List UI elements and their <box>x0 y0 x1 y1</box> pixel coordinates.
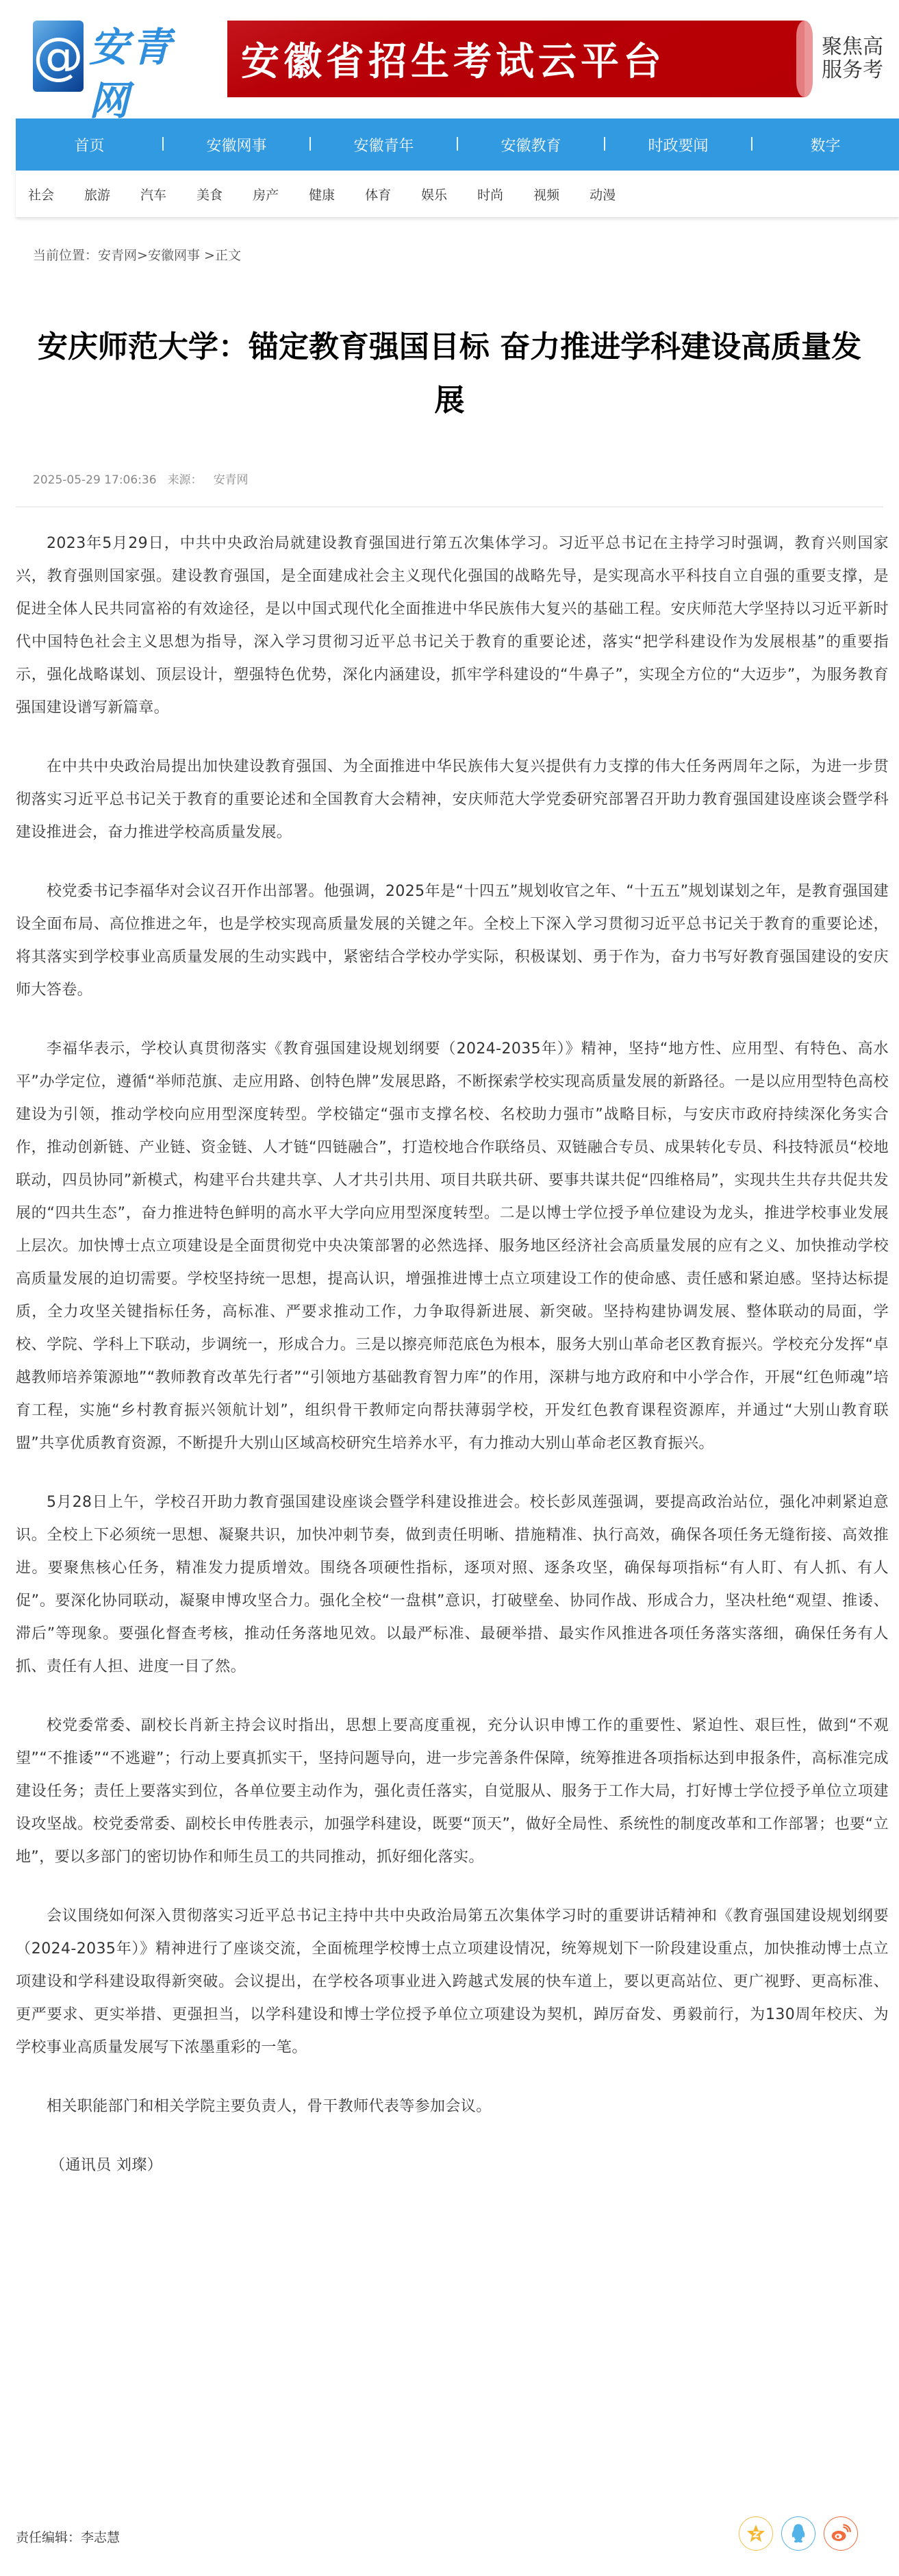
sub-nav-sports[interactable]: 体育 <box>365 185 391 203</box>
article-paragraph: 在中共中央政治局提出加快建设教育强国、为全面推进中华民族伟大复兴提供有力支撑的伟… <box>16 751 889 849</box>
sub-nav-realestate[interactable]: 房产 <box>253 185 279 203</box>
banner-side-text: 聚焦高 服务考 <box>822 36 883 82</box>
article-paragraph: 2023年5月29日，中共中央政治局就建设教育强国进行第五次集体学习。习近平总书… <box>16 527 889 725</box>
article-body: 2023年5月29日，中共中央政治局就建设教育强国进行第五次集体学习。习近平总书… <box>16 527 889 2208</box>
article-paragraph: 李福华表示，学校认真贯彻落实《教育强国建设规划纲要（2024-2035年）》精神… <box>16 1033 889 1460</box>
nav-item-politics[interactable]: 时政要闻 <box>605 134 752 155</box>
breadcrumb-label: 当前位置： <box>33 248 98 263</box>
qq-penguin-icon <box>789 2523 807 2544</box>
editor-name: 李志慧 <box>81 2530 120 2545</box>
share-qq-button[interactable] <box>781 2516 815 2551</box>
article-signoff: （通讯员 刘璨） <box>16 2149 889 2182</box>
editor-label: 责任编辑： <box>16 2530 81 2545</box>
nav-item-digital[interactable]: 数字 <box>752 134 899 155</box>
sub-nav: 社会 旅游 汽车 美食 房产 健康 体育 娱乐 时尚 视频 动漫 <box>16 171 899 217</box>
qzone-star-icon <box>746 2523 766 2544</box>
article-meta: 2025-05-29 17:06:36来源：安青网 <box>33 470 249 487</box>
sub-nav-video[interactable]: 视频 <box>533 185 559 203</box>
sub-nav-auto[interactable]: 汽车 <box>140 185 166 203</box>
share-weibo-button[interactable] <box>824 2516 858 2551</box>
sub-nav-fashion[interactable]: 时尚 <box>477 185 503 203</box>
nav-item-home[interactable]: 首页 <box>16 134 163 155</box>
article-title: 安庆师范大学：锚定教育强国目标 奋力推进学科建设高质量发展 <box>27 321 872 427</box>
article-datetime: 2025-05-29 17:06:36 <box>33 473 157 487</box>
logo-at-icon: @ <box>33 21 84 92</box>
share-bar <box>739 2516 858 2551</box>
sub-nav-health[interactable]: 健康 <box>309 185 335 203</box>
sub-nav-entertainment[interactable]: 娱乐 <box>421 185 447 203</box>
breadcrumb-separator: > <box>200 248 215 263</box>
sub-nav-anime[interactable]: 动漫 <box>590 185 616 203</box>
article-paragraph: 相关职能部门和相关学院主要负责人，骨干教师代表等参加会议。 <box>16 2090 889 2123</box>
nav-item-anhui-news[interactable]: 安徽网事 <box>163 134 310 155</box>
source-label: 来源： <box>168 473 203 487</box>
banner-red-panel: 安徽省招生考试云平台 <box>227 21 805 97</box>
logo-name: 安青网 <box>89 21 201 127</box>
site-header: @ 安青网 www.ahyouth.com 安徽省招生考试云平台 聚焦高 服务考 <box>0 0 899 116</box>
nav-item-anhui-youth[interactable]: 安徽青年 <box>310 134 457 155</box>
sub-nav-society[interactable]: 社会 <box>28 185 54 203</box>
main-nav: 首页 安徽网事 安徽青年 安徽教育 时政要闻 数字 <box>16 118 899 171</box>
article-paragraph: 5月28日上午，学校召开助力教育强国建设座谈会暨学科建设推进会。校长彭凤莲强调，… <box>16 1486 889 1684</box>
article-paragraph: 会议围绕如何深入贯彻落实习近平总书记主持中共中央政治局第五次集体学习时的重要讲话… <box>16 1900 889 2064</box>
sub-nav-food[interactable]: 美食 <box>197 185 223 203</box>
breadcrumb-separator: > <box>137 248 148 263</box>
weibo-icon <box>831 2524 851 2543</box>
breadcrumb-current: 正文 <box>215 248 241 263</box>
responsible-editor: 责任编辑：李志慧 <box>16 2527 120 2546</box>
exam-platform-banner[interactable]: 安徽省招生考试云平台 聚焦高 服务考 <box>227 21 837 97</box>
banner-side-line1: 聚焦高 <box>822 36 883 59</box>
site-logo[interactable]: @ 安青网 www.ahyouth.com <box>33 21 201 93</box>
nav-item-anhui-education[interactable]: 安徽教育 <box>457 134 605 155</box>
breadcrumb: 当前位置：安青网>安徽网事 >正文 <box>33 245 241 264</box>
meta-divider <box>16 506 883 508</box>
breadcrumb-anhui-news[interactable]: 安徽网事 <box>148 248 200 263</box>
share-qzone-button[interactable] <box>739 2516 773 2551</box>
banner-title: 安徽省招生考试云平台 <box>241 32 666 86</box>
source-name: 安青网 <box>214 473 249 487</box>
breadcrumb-home[interactable]: 安青网 <box>98 248 137 263</box>
sub-nav-travel[interactable]: 旅游 <box>84 185 110 203</box>
article-source: 来源：安青网 <box>168 473 249 487</box>
article-paragraph: 校党委书记李福华对会议召开作出部署。他强调，2025年是“十四五”规划收官之年、… <box>16 875 889 1007</box>
banner-side-line2: 服务考 <box>822 59 883 82</box>
article-paragraph: 校党委常委、副校长肖新主持会议时指出，思想上要高度重视，充分认识申博工作的重要性… <box>16 1710 889 1874</box>
